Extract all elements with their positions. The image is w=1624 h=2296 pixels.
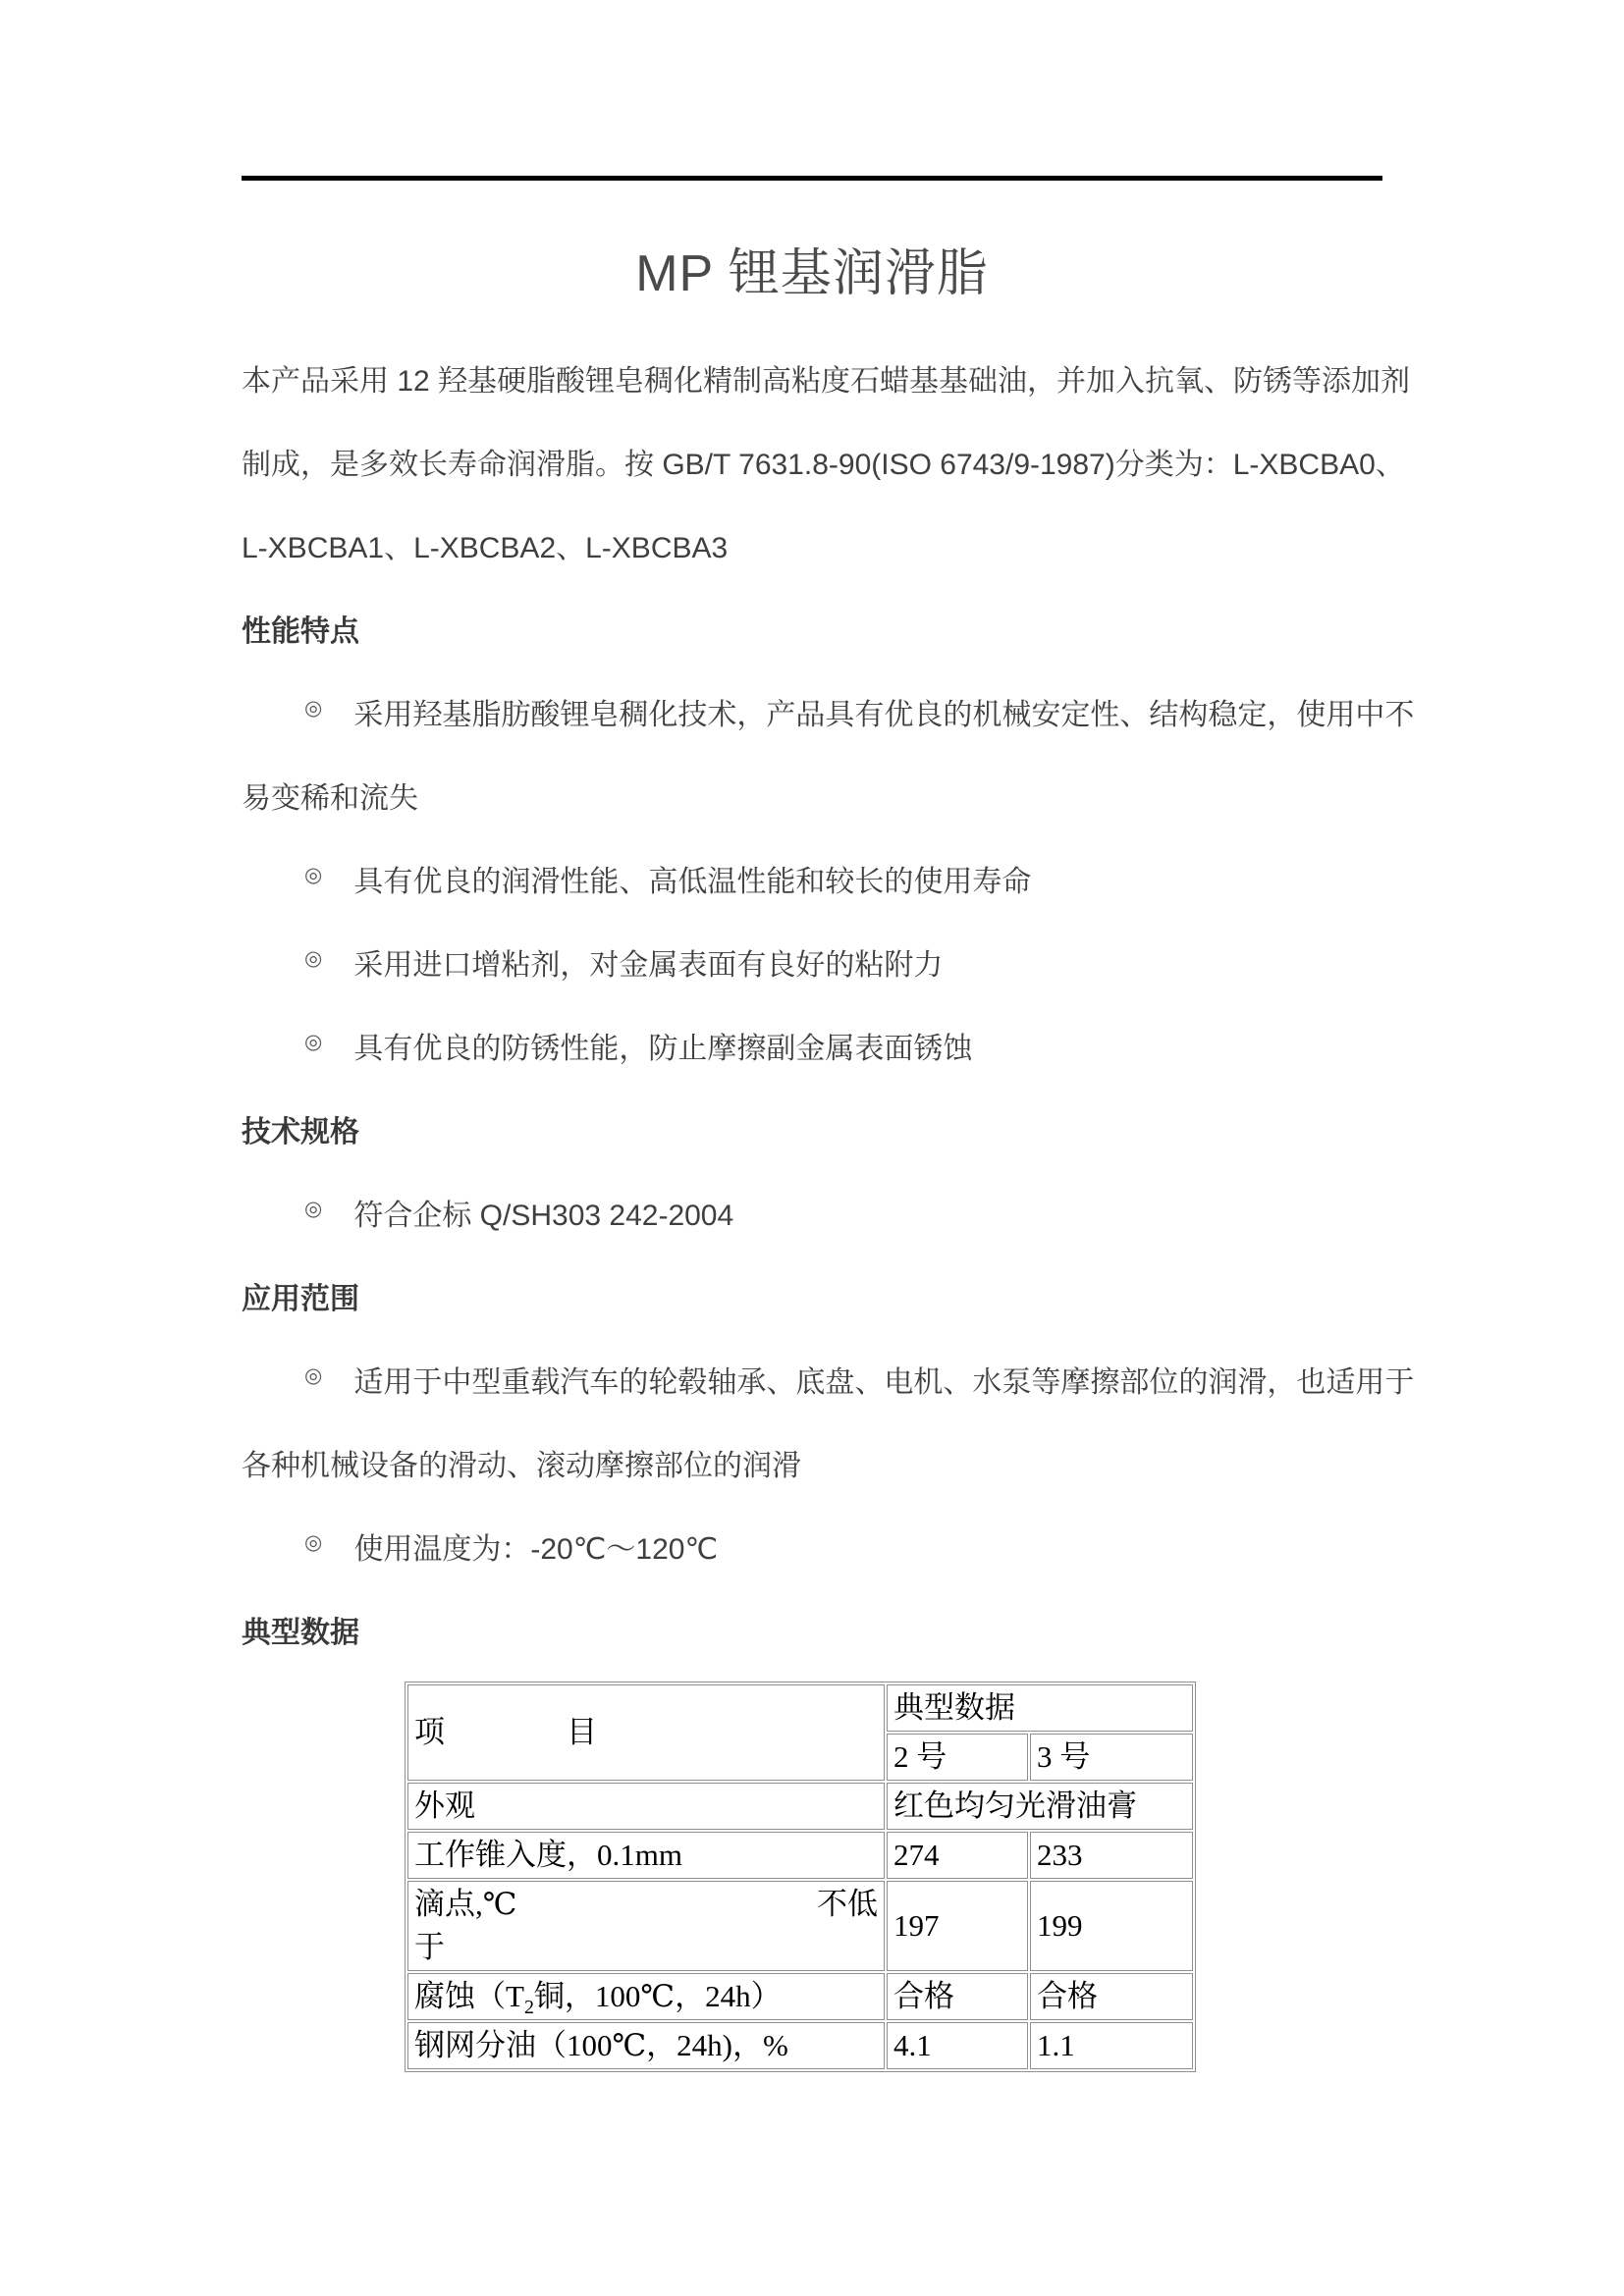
bullseye-bullet-icon: ◎ [304,1363,322,1388]
application-item-1-text: 适用于中型重载汽车的轮毂轴承、底盘、电机、水泵等摩擦部位的润滑，也适用于 [353,1358,1414,1401]
row-value-penetration-grade3: 233 [1030,1832,1193,1879]
feature-item-4-text: 具有优良的防锈性能，防止摩擦副金属表面锈蚀 [353,1024,972,1067]
bullseye-bullet-icon: ◎ [304,863,322,887]
drop-point-qualifier: 不低 [817,1883,878,1926]
row-value-corrosion-grade3: 合格 [1030,1973,1193,2020]
bullseye-bullet-icon: ◎ [304,696,322,721]
application-item-1-wrap: 各种机械设备的滑动、滚动摩擦部位的润滑 [242,1420,1382,1504]
header-rule [242,176,1382,181]
bullseye-bullet-icon: ◎ [304,1530,322,1555]
feature-item-1-wrap: 易变稀和流失 [242,753,1382,836]
section-heading-application: 应用范围 [242,1254,1382,1337]
column-header-grade-3: 3 号 [1030,1734,1193,1781]
table-header-row-1: 项 目 典型数据 [407,1684,1193,1732]
row-value-oil-separation-grade3: 1.1 [1030,2022,1193,2069]
row-label-drop-point: 滴点,℃ 不低 于 [407,1881,885,1971]
typical-data-table: 项 目 典型数据 2 号 3 号 外观 红色均匀光滑油膏 工作锥入度，0.1mm… [405,1682,1196,2072]
table-row-corrosion: 腐蚀（T2铜，100℃，24h） 合格 合格 [407,1973,1193,2020]
corrosion-label-subscript: 2 [524,1997,534,2018]
table-row-appearance: 外观 红色均匀光滑油膏 [407,1783,1193,1830]
row-value-corrosion-grade2: 合格 [887,1973,1028,2020]
table-row-drop-point: 滴点,℃ 不低 于 197 199 [407,1881,1193,1971]
row-value-appearance: 红色均匀光滑油膏 [887,1783,1193,1830]
column-header-grade-2: 2 号 [887,1734,1028,1781]
feature-item-2: ◎ 具有优良的润滑性能、高低温性能和较长的使用寿命 [242,836,1382,920]
application-item-2-text: 使用温度为：-20℃～120℃ [353,1524,718,1568]
corrosion-label-suffix: 铜，100℃，24h） [534,1979,782,2013]
feature-item-1-text: 采用羟基脂肪酸锂皂稠化技术，产品具有优良的机械安定性、结构稳定，使用中不 [353,690,1414,733]
drop-point-qualifier-wrap: 于 [414,1926,878,1969]
bullseye-bullet-icon: ◎ [304,946,322,971]
row-value-oil-separation-grade2: 4.1 [887,2022,1028,2069]
intro-paragraph-line-2: 制成，是多效长寿命润滑脂。按 GB/T 7631.8-90(ISO 6743/9… [242,419,1382,503]
section-heading-specs: 技术规格 [242,1087,1382,1170]
feature-item-2-text: 具有优良的润滑性能、高低温性能和较长的使用寿命 [353,857,1031,900]
corrosion-label-prefix: 腐蚀（T [414,1979,524,2013]
row-label-appearance: 外观 [407,1783,885,1830]
feature-item-4: ◎ 具有优良的防锈性能，防止摩擦副金属表面锈蚀 [242,1003,1382,1087]
page-title: MP 锂基润滑脂 [242,226,1382,310]
table-row-penetration: 工作锥入度，0.1mm 274 233 [407,1832,1193,1879]
intro-paragraph-line-1: 本产品采用 12 羟基硬脂酸锂皂稠化精制高粘度石蜡基基础油，并加入抗氧、防锈等添… [242,336,1382,419]
document-page: MP 锂基润滑脂 本产品采用 12 羟基硬脂酸锂皂稠化精制高粘度石蜡基基础油，并… [0,0,1624,2296]
spec-item-1-text: 符合企标 Q/SH303 242-2004 [353,1191,733,1234]
section-heading-typical-data: 典型数据 [242,1587,1382,1671]
drop-point-label: 滴点,℃ [414,1883,516,1926]
row-label-corrosion: 腐蚀（T2铜，100℃，24h） [407,1973,885,2020]
bullseye-bullet-icon: ◎ [304,1197,322,1221]
row-value-drop-point-grade2: 197 [887,1881,1028,1971]
bullseye-bullet-icon: ◎ [304,1030,322,1054]
column-header-group: 典型数据 [887,1684,1193,1732]
table-row-oil-separation: 钢网分油（100℃，24h)，% 4.1 1.1 [407,2022,1193,2069]
application-item-1: ◎ 适用于中型重载汽车的轮毂轴承、底盘、电机、水泵等摩擦部位的润滑，也适用于 [242,1337,1382,1420]
feature-item-1: ◎ 采用羟基脂肪酸锂皂稠化技术，产品具有优良的机械安定性、结构稳定，使用中不 [242,669,1382,753]
row-label-penetration: 工作锥入度，0.1mm [407,1832,885,1879]
intro-paragraph-line-3: L-XBCBA1、L-XBCBA2、L-XBCBA3 [242,503,1382,586]
section-heading-features: 性能特点 [242,586,1382,669]
row-value-drop-point-grade3: 199 [1030,1881,1193,1971]
feature-item-3-text: 采用进口增粘剂，对金属表面有良好的粘附力 [353,940,943,984]
spec-item-1: ◎ 符合企标 Q/SH303 242-2004 [242,1170,1382,1254]
row-label-oil-separation: 钢网分油（100℃，24h)，% [407,2022,885,2069]
feature-item-3: ◎ 采用进口增粘剂，对金属表面有良好的粘附力 [242,920,1382,1003]
application-item-2: ◎ 使用温度为：-20℃～120℃ [242,1504,1382,1587]
column-header-item: 项 目 [407,1684,885,1781]
row-value-penetration-grade2: 274 [887,1832,1028,1879]
